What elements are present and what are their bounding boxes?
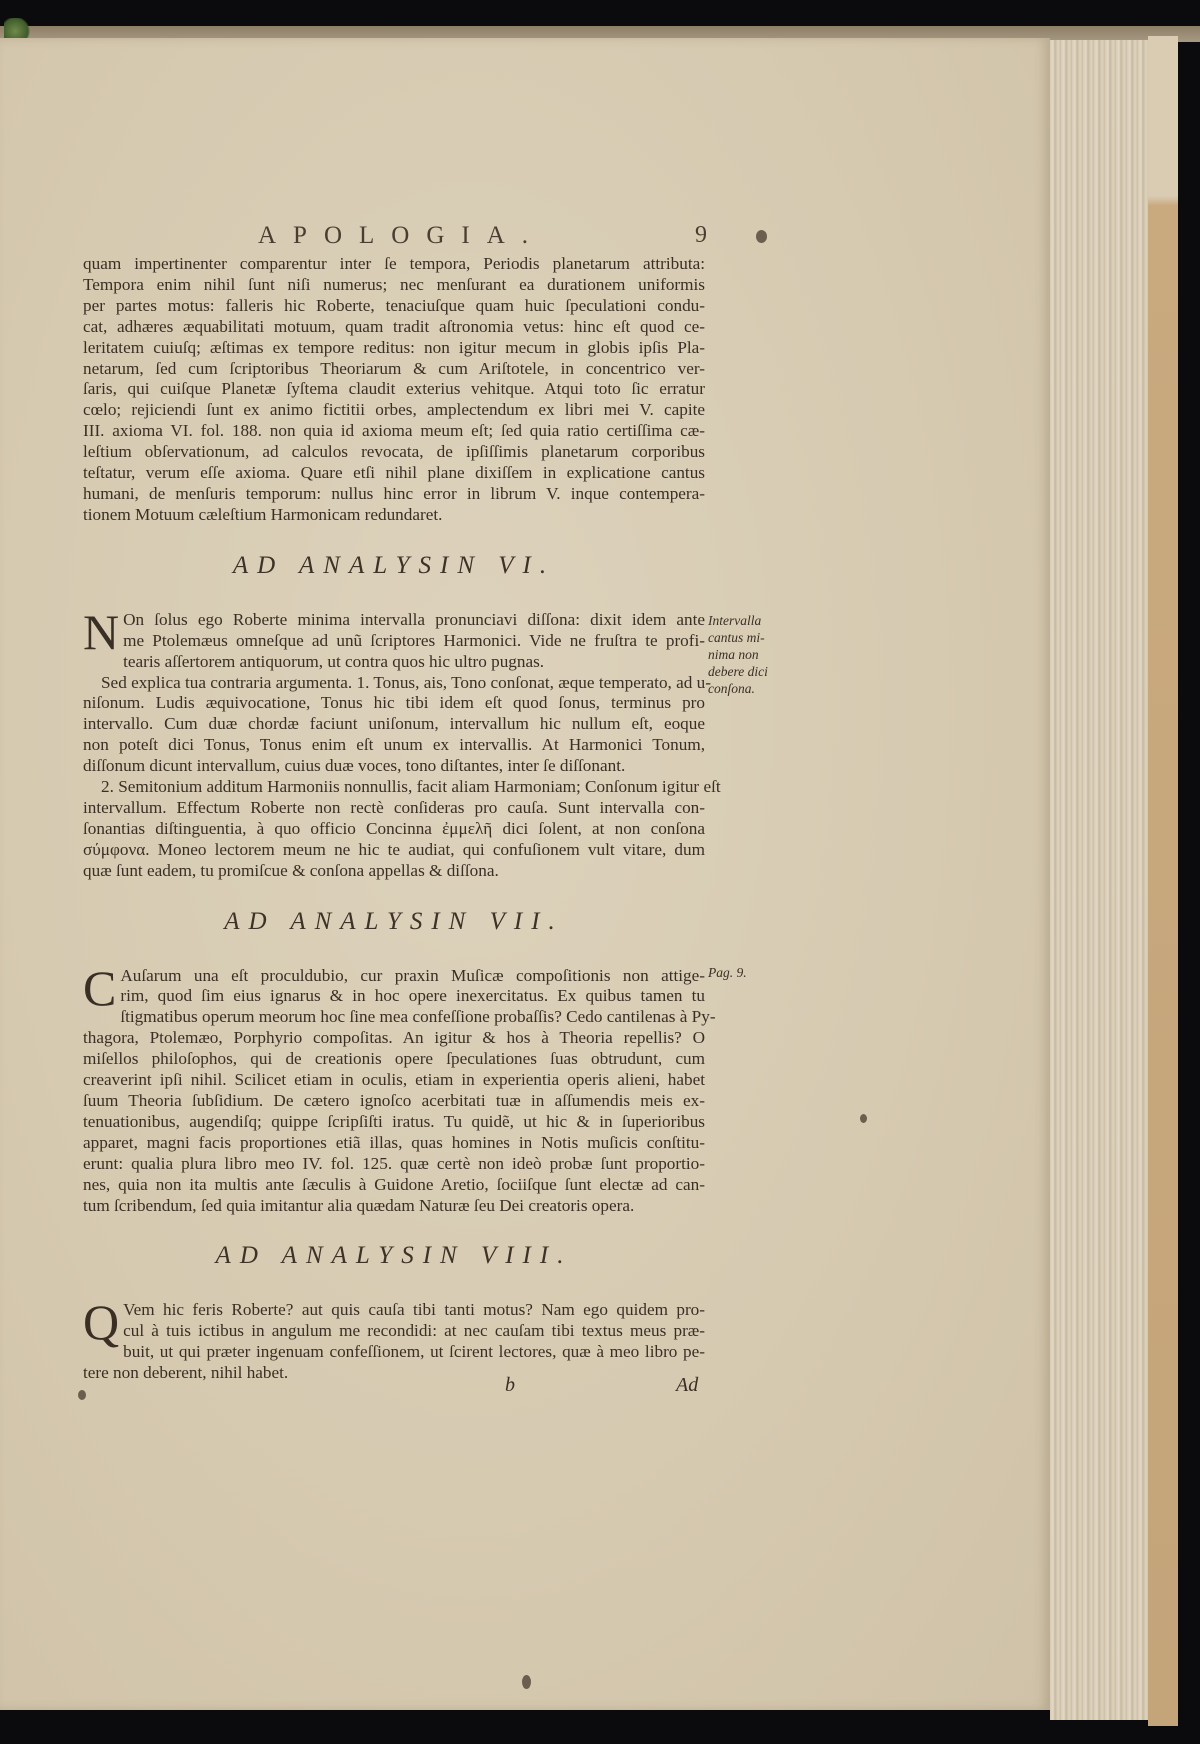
text-line: tere non deberent, nihil habet. (83, 1363, 705, 1384)
text-line: cat, adhæres æquabilitati motuum, quam t… (83, 317, 705, 338)
running-head: APOLOGIA. 9 (83, 222, 705, 254)
section-heading-viii: AD ANALYSIN VIII. (83, 1242, 705, 1270)
text-line: Tempora enim nihil ſunt niſi numerus; ne… (83, 275, 705, 296)
section-viii-paragraph: Q Vem hic feris Roberte? aut quis cauſa … (83, 1300, 705, 1384)
drop-cap: N (83, 612, 119, 652)
text-line: tenuationibus, augendiſq; quippe ſcripſi… (83, 1112, 705, 1133)
text-line: rim, quod ſim eius ignarus & in hoc oper… (83, 986, 705, 1007)
text-line: σύμφονα. Moneo lectorem meum ne hic te a… (83, 840, 705, 861)
text-line: Sed explica tua contraria argumenta. 1. … (83, 673, 705, 694)
text-line: teſtatur, verum eſſe axioma. Quare etſi … (83, 463, 705, 484)
text-line: quam impertinenter comparentur inter ſe … (83, 254, 705, 275)
text-line: erunt: qualia plura libro meo IV. fol. 1… (83, 1154, 705, 1175)
ink-spot (860, 1114, 867, 1123)
ink-spot (756, 230, 767, 243)
text-line: tearis aſſertorem antiquorum, ut contra … (83, 652, 705, 673)
text-line: miſellos philoſophos, qui de creationis … (83, 1049, 705, 1070)
text-line: III. axioma VI. fol. 188. non quia id ax… (83, 421, 705, 442)
text-line: ſaris, qui cuiſque Planetæ ſyſtema claud… (83, 379, 705, 400)
text-line: cul à tuis ictibus in angulum me recondi… (83, 1321, 705, 1342)
margin-note-page-ref: Pag. 9. (708, 964, 788, 981)
text-line: ſonantias diſtinguentia, à quo officio C… (83, 819, 705, 840)
text-line: On ſolus ego Roberte minima intervalla p… (83, 610, 705, 631)
margin-note-line: Intervalla (708, 612, 788, 629)
moss-fragment (4, 18, 32, 40)
section-vi-paragraph: N On ſolus ego Roberte minima intervalla… (83, 610, 705, 882)
text-line: niſonum. Ludis æquivocatione, Tonus hic … (83, 693, 705, 714)
catchword: Ad (676, 1374, 698, 1397)
text-line: Vem hic feris Roberte? aut quis cauſa ti… (83, 1300, 705, 1321)
margin-note-line: conſona. (708, 680, 788, 697)
margin-note-line: Pag. 9. (708, 964, 788, 981)
text-line: tionem Motuum cæleſtium Harmonicam redun… (83, 505, 705, 526)
text-line: netarum, ſed cum ſcriptoribus Theoriarum… (83, 359, 705, 380)
text-line: tum ſcribendum, ſed quia imitantur alia … (83, 1196, 705, 1217)
page-fore-edge (1050, 40, 1148, 1720)
text-line: quæ ſunt eadem, tu promiſcue & conſona a… (83, 861, 705, 882)
page-number: 9 (695, 222, 707, 249)
drop-cap: Q (83, 1302, 119, 1342)
text-line: humani, de menſuris temporum: nullus hin… (83, 484, 705, 505)
ink-spot (78, 1390, 86, 1400)
running-title: APOLOGIA. (258, 222, 545, 250)
text-line: intervallum. Effectum Roberte non rectè … (83, 798, 705, 819)
section-vii-paragraph: C Auſarum una eſt proculdubio, cur praxi… (83, 966, 705, 1217)
text-line: buit, ut qui præter ingenuam confeſſione… (83, 1342, 705, 1363)
text-line: ſtigmatibus operum meorum hoc ſine mea c… (83, 1007, 705, 1028)
intro-paragraph: quam impertinenter comparentur inter ſe … (83, 254, 705, 526)
signature-mark: b (505, 1374, 515, 1397)
text-line: creaverint ipſi nihil. Scilicet etiam in… (83, 1070, 705, 1091)
margin-note-line: debere dici (708, 663, 788, 680)
book-board-edge (1148, 36, 1178, 1726)
text-line: nes, quia non ita multis ante ſæculis à … (83, 1175, 705, 1196)
text-line: apparet, magni facis proportiones etiã i… (83, 1133, 705, 1154)
margin-note-line: nima non (708, 646, 788, 663)
text-line: cœlo; rejiciendi ſunt ex animo fictitii … (83, 400, 705, 421)
text-line: diſſonum dicunt intervallum, cuius duæ v… (83, 756, 705, 777)
text-line: Auſarum una eſt proculdubio, cur praxin … (83, 966, 705, 987)
drop-cap: C (83, 968, 116, 1008)
text-line: me Ptolemæus omneſque ad unũ ſcriptores … (83, 631, 705, 652)
text-line: leritatem cuiuſq; æſtimas ex tempore red… (83, 338, 705, 359)
section-heading-vi: AD ANALYSIN VI. (83, 552, 705, 580)
ink-spot (522, 1675, 531, 1689)
margin-note-line: cantus mi- (708, 629, 788, 646)
text-line: 2. Semitonium additum Harmoniis nonnulli… (83, 777, 705, 798)
text-block: APOLOGIA. 9 quam impertinenter comparent… (83, 222, 705, 1384)
text-line: per partes motus: falleris hic Roberte, … (83, 296, 705, 317)
section-heading-vii: AD ANALYSIN VII. (83, 908, 705, 936)
text-line: intervallo. Cum duæ chordæ faciunt uniſo… (83, 714, 705, 735)
text-line: non poteſt dici Tonus, Tonus enim eſt un… (83, 735, 705, 756)
text-line: ſuum Theoria ſubſidium. De cætero ignoſc… (83, 1091, 705, 1112)
margin-note-intervalla: Intervalla cantus mi- nima non debere di… (708, 612, 788, 697)
text-line: thagora, Ptolemæo, Porphyrio compoſitas.… (83, 1028, 705, 1049)
text-line: leſtium obſervationum, ad calculos revoc… (83, 442, 705, 463)
